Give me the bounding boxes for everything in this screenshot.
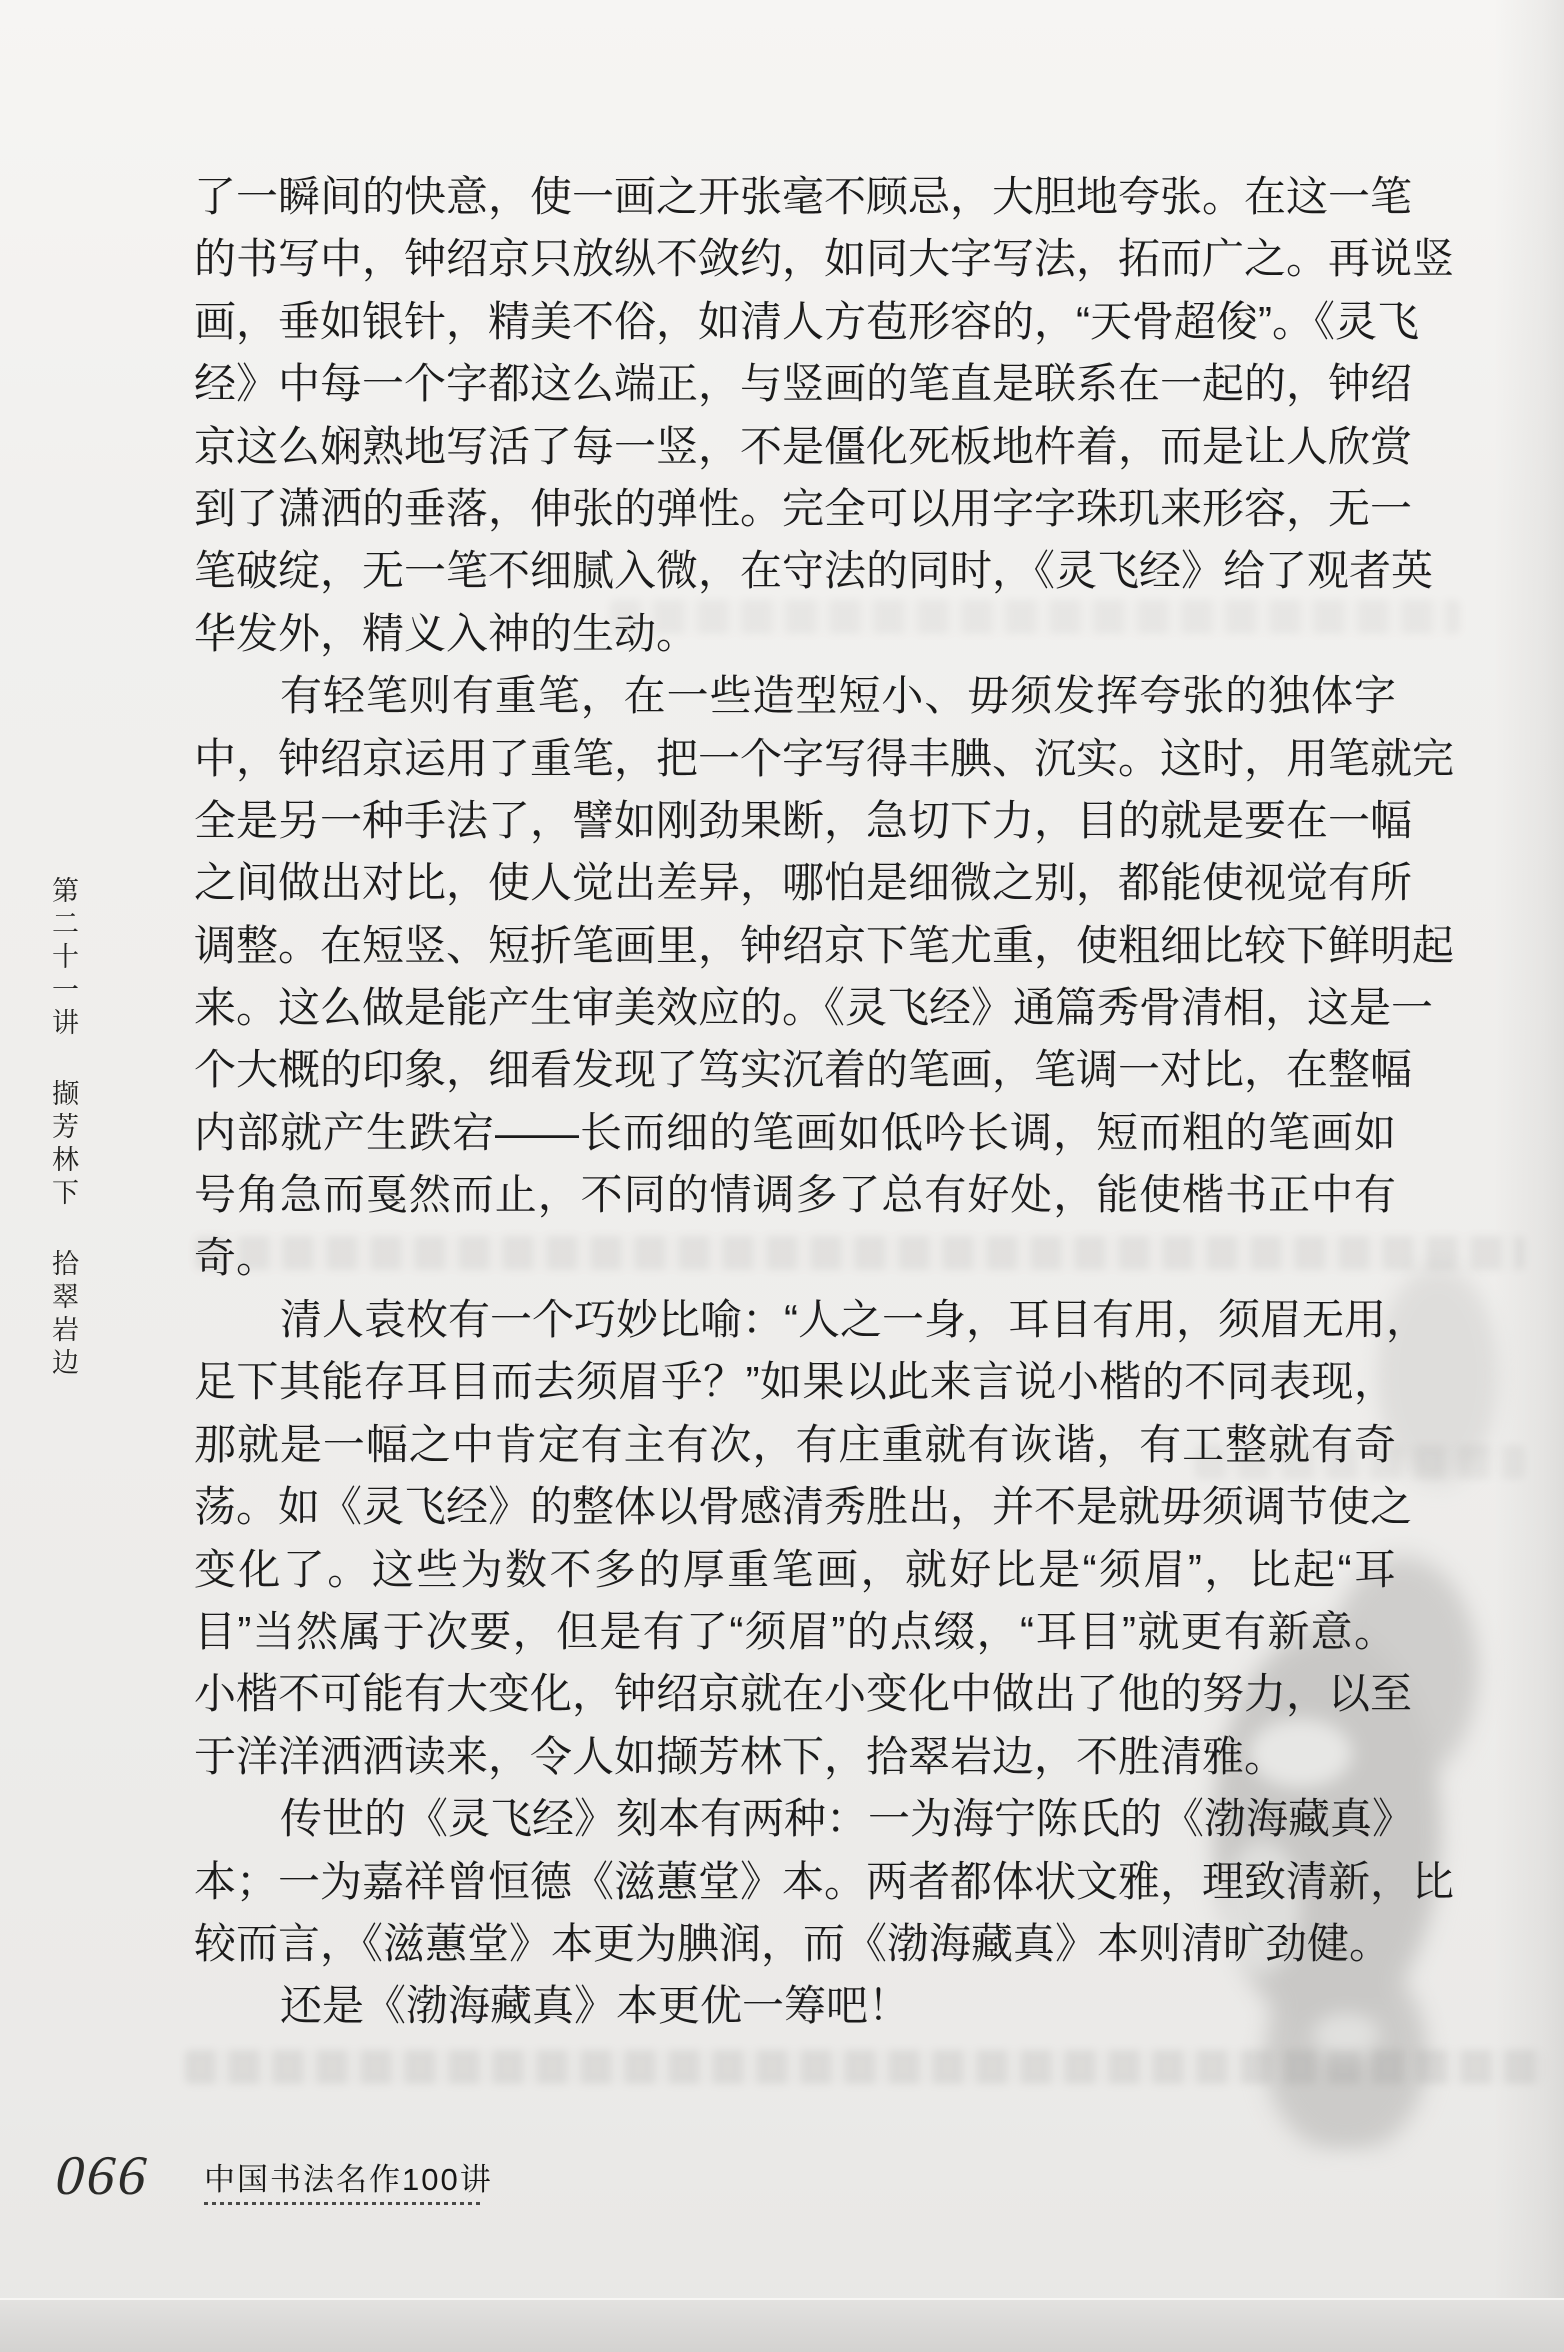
book-title-underline <box>204 2202 482 2205</box>
body-line: 画，垂如银针，精美不俗，如清人方苞形容的，“天骨超俊”。《灵飞 <box>194 291 1396 353</box>
page-number: 066 <box>54 2144 151 2208</box>
chapter-title-part-1: 撷芳林下 <box>48 1079 78 1211</box>
body-line: 中，钟绍京运用了重笔，把一个字写得丰腆、沉实。这时，用笔就完 <box>194 728 1396 790</box>
body-line: 还是《渤海藏真》本更优一筹吧！ <box>194 1975 1396 2037</box>
body-line: 清人袁枚有一个巧妙比喻：“人之一身，耳目有用，须眉无用， <box>194 1289 1396 1351</box>
body-line: 小楷不可能有大变化，钟绍京就在小变化中做出了他的努力，以至 <box>194 1663 1396 1725</box>
body-line: 的书写中，钟绍京只放纵不敛约，如同大字写法，拓而广之。再说竖 <box>194 228 1396 290</box>
bleedthrough-text-stripe <box>185 2050 1545 2084</box>
body-line: 奇。 <box>194 1227 1396 1289</box>
body-line: 那就是一幅之中肯定有主有次，有庄重就有诙谐，有工整就有奇 <box>194 1414 1396 1476</box>
book-title: 中国书法名作100讲 <box>204 2154 493 2199</box>
body-line: 较而言，《滋蕙堂》本更为腆润，而《渤海藏真》本则清旷劲健。 <box>194 1913 1396 1975</box>
body-line: 本；一为嘉祥曾恒德《滋蕙堂》本。两者都体状文雅，理致清新，比 <box>194 1851 1396 1913</box>
body-line: 有轻笔则有重笔，在一些造型短小、毋须发挥夸张的独体字 <box>194 665 1396 727</box>
body-line: 号角急而戛然而止，不同的情调多了总有好处，能使楷书正中有 <box>194 1164 1396 1226</box>
body-line: 变化了。这些为数不多的厚重笔画，就好比是“须眉”，比起“耳 <box>194 1539 1396 1601</box>
body-line: 笔破绽，无一笔不细腻入微，在守法的同时，《灵飞经》给了观者英 <box>194 540 1396 602</box>
body-line: 内部就产生跌宕——长而细的笔画如低吟长调，短而粗的笔画如 <box>194 1102 1396 1164</box>
body-text: 了一瞬间的快意，使一画之开张毫不顾忌，大胆地夸张。在这一笔 的书写中，钟绍京只放… <box>194 166 1396 2038</box>
body-line: 全是另一种手法了，譬如刚劲果断，急切下力，目的就是要在一幅 <box>194 790 1396 852</box>
chapter-number: 第二十一讲 <box>48 876 78 1041</box>
body-line: 华发外，精义入神的生动。 <box>194 603 1396 665</box>
body-line: 荡。如《灵飞经》的整体以骨感清秀胜出，并不是就毋须调节使之 <box>194 1476 1396 1538</box>
chapter-title-part-2: 拾翠岩边 <box>48 1249 78 1381</box>
body-line: 了一瞬间的快意，使一画之开张毫不顾忌，大胆地夸张。在这一笔 <box>194 166 1396 228</box>
scan-right-edge-shading <box>1494 0 1564 2352</box>
body-line: 到了潇洒的垂落，伸张的弹性。完全可以用字字珠玑来形容，无一 <box>194 478 1396 540</box>
body-line: 传世的《灵飞经》刻本有两种：一为海宁陈氏的《渤海藏真》 <box>194 1788 1396 1850</box>
body-line: 于洋洋洒洒读来，令人如撷芳林下，拾翠岩边，不胜清雅。 <box>194 1726 1396 1788</box>
body-line: 调整。在短竖、短折笔画里，钟绍京下笔尤重，使粗细比较下鲜明起 <box>194 915 1396 977</box>
body-line: 经》中每一个字都这么端正，与竖画的笔直是联系在一起的，钟绍 <box>194 353 1396 415</box>
body-line: 足下其能存耳目而去须眉乎？”如果以此来言说小楷的不同表现， <box>194 1351 1396 1413</box>
chapter-sidebar: 第二十一讲撷芳林下拾翠岩边 <box>44 876 83 1496</box>
body-line: 目”当然属于次要，但是有了“须眉”的点缀，“耳目”就更有新意。 <box>194 1601 1396 1663</box>
scanned-book-page: 了一瞬间的快意，使一画之开张毫不顾忌，大胆地夸张。在这一笔 的书写中，钟绍京只放… <box>0 0 1564 2352</box>
body-line: 之间做出对比，使人觉出差异，哪怕是细微之别，都能使视觉有所 <box>194 852 1396 914</box>
scan-bottom-page-edge <box>0 2298 1564 2352</box>
body-line: 个大概的印象，细看发现了笃实沉着的笔画，笔调一对比，在整幅 <box>194 1039 1396 1101</box>
body-line: 来。这么做是能产生审美效应的。《灵飞经》通篇秀骨清相，这是一 <box>194 977 1396 1039</box>
body-line: 京这么娴熟地写活了每一竖，不是僵化死板地杵着，而是让人欣赏 <box>194 416 1396 478</box>
